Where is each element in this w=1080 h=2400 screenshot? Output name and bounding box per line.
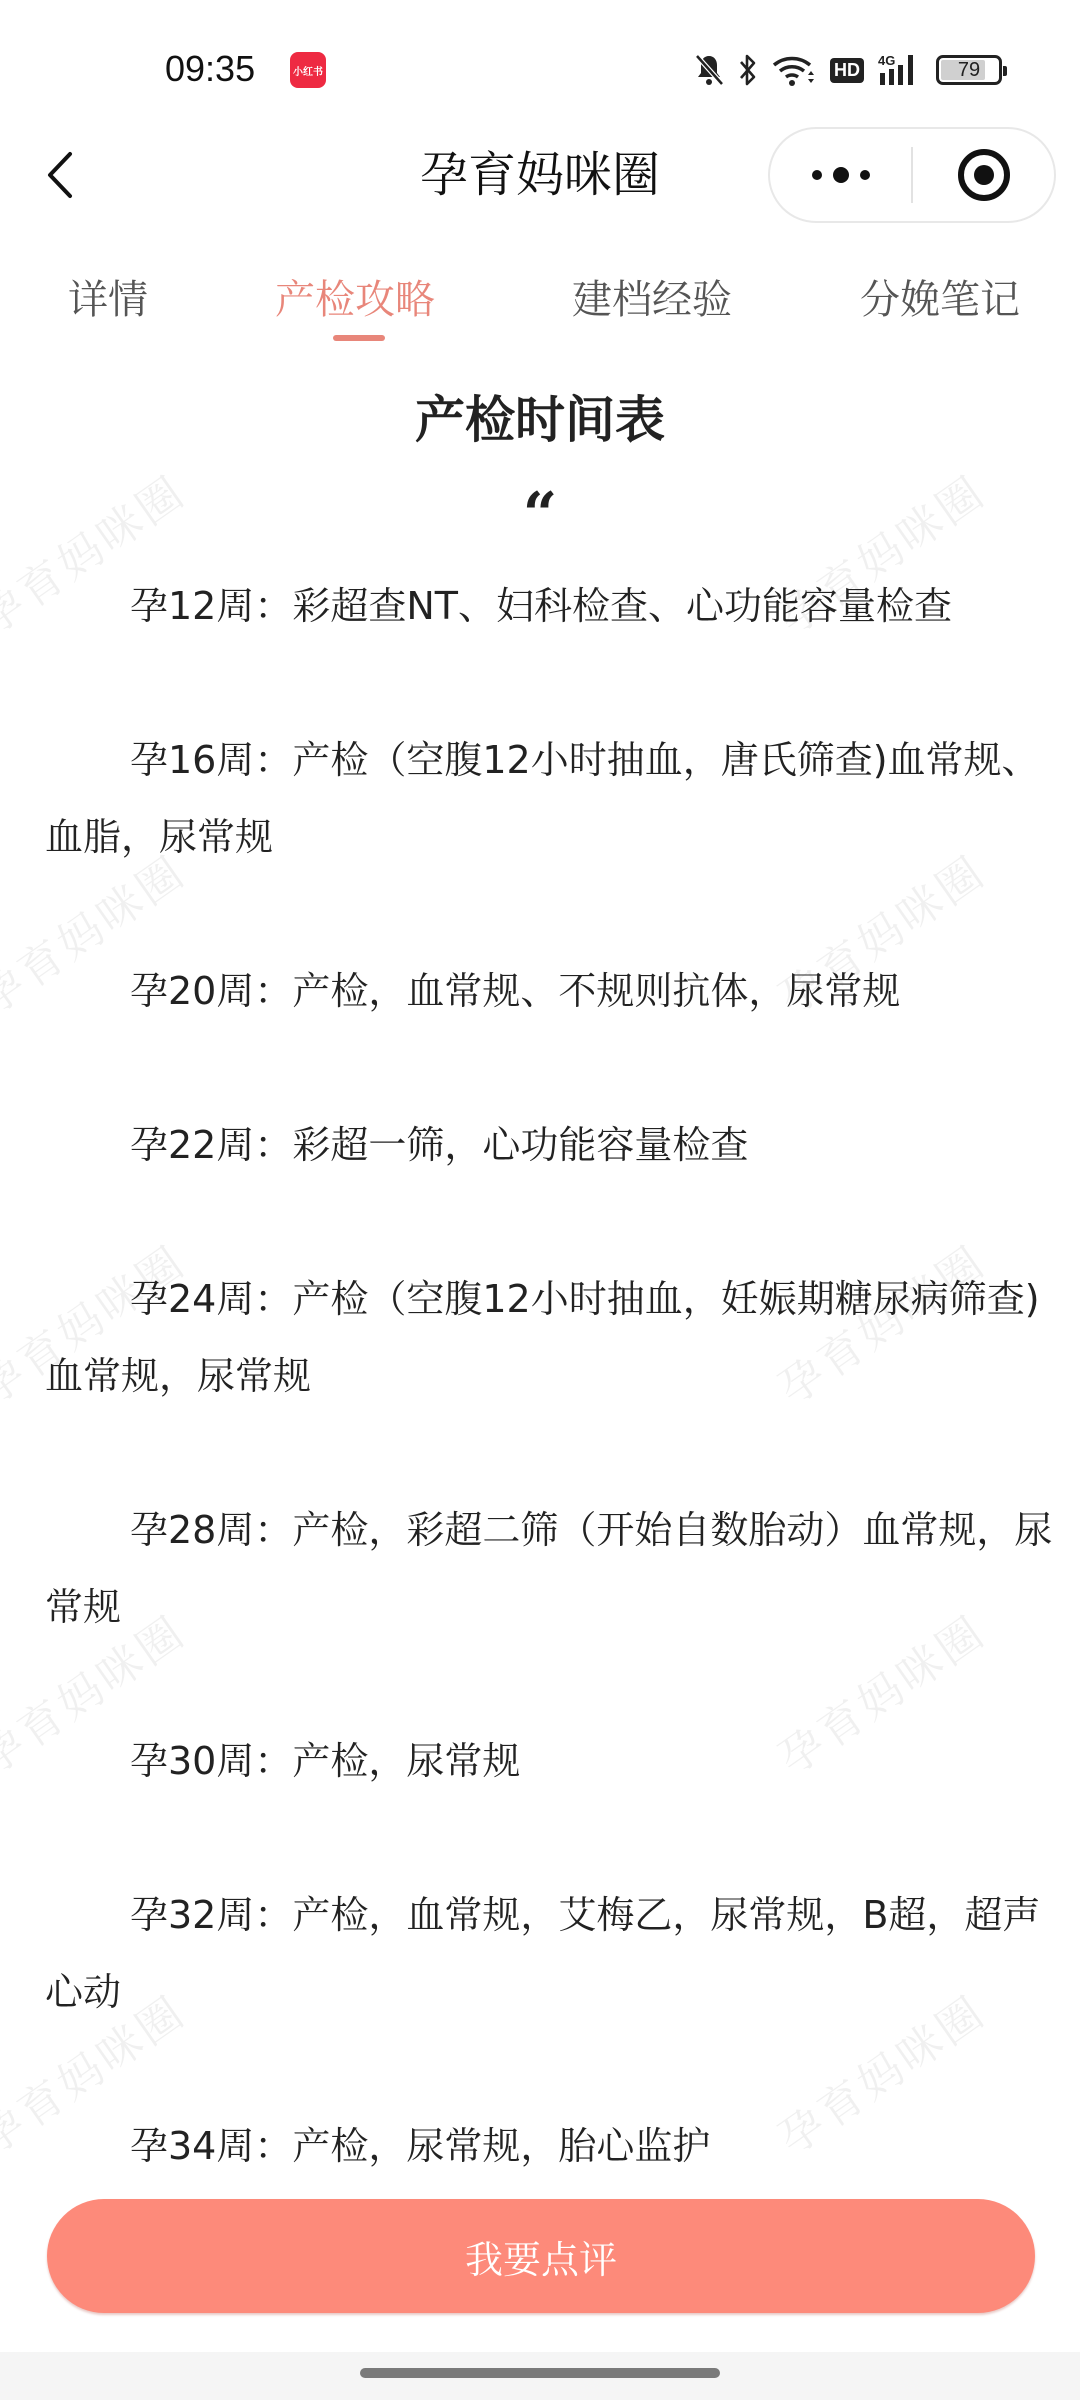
bluetooth-icon xyxy=(738,53,758,87)
write-review-button[interactable]: 我要点评 xyxy=(47,2199,1035,2313)
battery-level: 79 xyxy=(939,58,999,82)
schedule-item-week-22: 孕22周：彩超一筛，心功能容量检查 xyxy=(45,1107,1065,1184)
close-mini-program-button[interactable] xyxy=(913,129,1054,221)
status-time: 09:35 xyxy=(165,48,255,90)
tab-registration-experience[interactable]: 建档经验 xyxy=(572,268,732,332)
xiaohongshu-app-icon: 小红书 xyxy=(290,52,326,88)
status-bar: 09:35 小红书 HD 4G 79 xyxy=(0,0,1080,130)
4g-signal-icon: 4G xyxy=(878,53,922,87)
wifi-icon xyxy=(772,53,816,87)
schedule-item-week-20: 孕20周：产检，血常规、不规则抗体，尿常规 xyxy=(45,953,1065,1030)
tab-prenatal-guide[interactable]: 产检攻略 xyxy=(275,268,435,332)
svg-text:4G: 4G xyxy=(878,53,895,68)
article-title: 产检时间表 xyxy=(0,385,1080,455)
target-circle-icon xyxy=(956,147,1012,203)
schedule-item-week-34: 孕34周：产检，尿常规，胎心监护 xyxy=(45,2108,1065,2185)
gesture-bar-area xyxy=(0,2352,1080,2400)
schedule-item-week-24: 孕24周：产检（空腹12小时抽血，妊娠期糖尿病筛查)血常规，尿常规 xyxy=(45,1261,1065,1415)
quote-mark-icon: “ xyxy=(0,485,1080,545)
status-icons: HD 4G 79 xyxy=(694,50,1002,90)
article-content: 孕12周：彩超查NT、妇科检查、心功能容量检查 孕16周：产检（空腹12小时抽血… xyxy=(45,568,1065,2262)
tab-bar: 详情 产检攻略 建档经验 分娩笔记 xyxy=(0,268,1080,348)
tab-delivery-notes[interactable]: 分娩笔记 xyxy=(860,268,1020,332)
home-indicator[interactable] xyxy=(360,2368,720,2378)
schedule-item-week-12: 孕12周：彩超查NT、妇科检查、心功能容量检查 xyxy=(45,568,1065,645)
schedule-item-week-16: 孕16周：产检（空腹12小时抽血，唐氏筛查)血常规、血脂，尿常规 xyxy=(45,722,1065,876)
schedule-item-week-32: 孕32周：产检，血常规，艾梅乙，尿常规，B超，超声心动 xyxy=(45,1877,1065,2031)
schedule-item-week-28: 孕28周：产检，彩超二筛（开始自数胎动）血常规，尿常规 xyxy=(45,1492,1065,1646)
battery-icon: 79 xyxy=(936,55,1002,85)
tab-details[interactable]: 详情 xyxy=(68,268,148,332)
more-dots-icon xyxy=(809,165,873,185)
mini-program-capsule xyxy=(768,127,1056,223)
more-button[interactable] xyxy=(770,129,911,221)
active-tab-indicator xyxy=(333,335,385,341)
schedule-item-week-30: 孕30周：产检，尿常规 xyxy=(45,1723,1065,1800)
bell-muted-icon xyxy=(694,53,724,87)
hd-icon: HD xyxy=(830,58,864,83)
